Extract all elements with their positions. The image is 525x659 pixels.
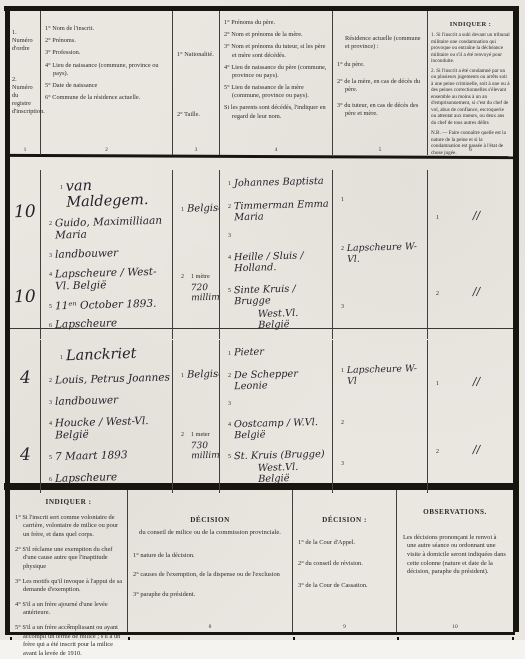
table-header-row: 1. Numéro d'ordre 2. Numéro du registre …: [10, 11, 513, 155]
item-number: 1: [57, 185, 63, 191]
observations-paragraph: Les décisions prononçant le renvoi à une…: [397, 534, 513, 577]
bottom-col-decision-cours: DÉCISION : 1° de la Cour d'Appel. 2° du …: [293, 490, 397, 632]
header-col-residence: Résidence actuelle (commune et province)…: [333, 11, 428, 155]
bottom-indiquer-item: 2° S'il réclame une exemption du chef d'…: [10, 546, 127, 572]
decision-conseil-item: 2° causes de l'exemption, de la dispense…: [128, 571, 292, 580]
column-footer-number: 6: [428, 147, 513, 154]
taille-unit: 1 mètre: [191, 273, 210, 280]
item-number: 4: [225, 255, 231, 261]
item-number: 2: [225, 204, 231, 210]
frame-right-bar: [513, 6, 519, 632]
header-order-number-label: 1. Numéro d'ordre: [12, 29, 38, 54]
item-number: 2: [433, 291, 439, 297]
row2-indiquer-cell: 1∕∕ 2∕∕: [428, 340, 513, 493]
inscrit-name: van Maldegem.: [65, 175, 170, 211]
residence-mother: Lapscheure W-Vl.: [347, 241, 426, 265]
column-footer-number: 1: [10, 147, 40, 154]
item-number: 2: [338, 246, 344, 252]
inscrit-prenoms: Guido, Maximilliaan Maria: [55, 215, 171, 242]
inscrit-birthplace: Houcke / West-Vl. België: [55, 415, 171, 442]
bottom-col-decision-conseil: DÉCISION du conseil de milice ou de la c…: [128, 490, 293, 632]
column-footer-number: 3: [173, 147, 219, 154]
main-table: 1. Numéro d'ordre 2. Numéro du registre …: [10, 11, 513, 493]
decision-conseil-item: 1° nature de la décision.: [128, 552, 292, 561]
inscrit-name: Lanckriet: [66, 346, 137, 364]
item-number: 1: [433, 215, 439, 221]
indiquer-mark: ∕∕: [442, 374, 511, 389]
column-footer-number: 10: [397, 624, 513, 631]
column-footer-number: 2: [41, 147, 172, 154]
decision-conseil-subtitle: du conseil de milice ou de la commission…: [128, 529, 292, 538]
bottom-indiquer-title: INDIQUER :: [10, 498, 127, 508]
indiquer-mark: ∕∕: [442, 442, 511, 457]
observations-title: OBSERVATIONS.: [397, 508, 513, 518]
inscrit-prenoms: Louis, Petrus Joannes: [55, 371, 170, 386]
item-number: 5: [225, 288, 231, 294]
header-indiquer-title: INDIQUER :: [431, 21, 510, 29]
inscrit-profession: landbouwer: [55, 247, 118, 261]
header-identity-item: 4° Lieu de naissance (commune, province …: [41, 62, 172, 78]
header-residence-intro: Résidence actuelle (commune et province)…: [333, 35, 427, 51]
row2-identity-cell: 1Lanckriet 2Louis, Petrus Joannes 3landb…: [41, 340, 173, 493]
item-number: 5: [46, 304, 52, 310]
header-parents-item: 1° Prénoms du père.: [220, 19, 332, 27]
item-number: 5: [46, 455, 52, 461]
header-col-indiquer: INDIQUER : 1. Si l'inscrit a subi devant…: [428, 11, 513, 155]
header-indiquer-para: 2. Si l'inscrit a été condamné par un ou…: [431, 68, 510, 127]
item-number: 2: [46, 378, 52, 384]
item-number: 1: [433, 381, 439, 387]
header-residence-item: 1° du père.: [333, 61, 427, 69]
item-number: 3: [225, 401, 231, 407]
item-number: 1: [338, 368, 344, 374]
register-number: 4: [19, 445, 30, 465]
item-number: 6: [46, 323, 52, 329]
item-number: 1: [225, 351, 231, 357]
header-parents-note: Si les parents sont décédés, l'indiquer …: [220, 104, 332, 120]
mother-name: Timmerman Emma Maria: [234, 198, 331, 223]
column-footer-number: 8: [128, 624, 292, 631]
row2-nationality-cell: 1Belgische 2 1 meter 730 millim.: [173, 340, 220, 493]
header-parents-item: 3° Nom et prénoms du tuteur, si les père…: [220, 43, 332, 59]
header-identity-item: 2° Prénoms.: [41, 37, 172, 45]
inscrit-birthdate: 7 Maart 1893: [55, 449, 128, 463]
inscrit-residence: Lapscheure: [55, 317, 117, 331]
residence-father: Lapscheure W-Vl: [347, 363, 426, 387]
taille-unit: 1 meter: [191, 431, 210, 438]
father-birthplace: Heille / Sluis / Holland.: [234, 250, 331, 275]
taille-value: 720 millim.: [191, 282, 220, 303]
item-number: 3: [338, 304, 344, 310]
header-nationality-label: 1° Nationalité.: [177, 51, 217, 59]
decision-cours-item: 2° du conseil de révision.: [293, 560, 396, 569]
father-birthplace: Oostcamp / W.Vl. België: [234, 417, 331, 442]
row1-identity-cell: 1van Maldegem. 2Guido, Maximilliaan Mari…: [41, 170, 173, 339]
father-prenoms: Johannes Baptista: [234, 176, 324, 189]
mother-birthplace-cont: West.Vl. België: [258, 307, 331, 331]
register-sheet: 1. Numéro d'ordre 2. Numéro du registre …: [0, 0, 525, 640]
inscrit-profession: landbouwer: [55, 394, 118, 408]
indiquer-mark: ∕∕: [442, 284, 511, 299]
row2-number-cell: 4 4: [10, 340, 41, 493]
item-number: 1: [225, 181, 231, 187]
item-number: 4: [225, 422, 231, 428]
table-row: 10 10 1van Maldegem. 2Guido, Maximilliaa…: [10, 170, 513, 339]
row1-number-cell: 10 10: [10, 170, 41, 339]
mother-birthplace-cont: West.Vl. België: [258, 461, 331, 485]
item-number: 2: [178, 432, 184, 438]
item-number: 4: [46, 272, 52, 278]
decision-conseil-title: DÉCISION: [128, 516, 292, 526]
column-footer-number: 7: [10, 624, 127, 631]
header-col-nationality: 1° Nationalité. 2° Taille. 3: [173, 11, 220, 155]
order-number: 4: [19, 368, 30, 388]
item-number: 3: [46, 400, 52, 406]
column-footer-number: 4: [220, 147, 332, 154]
item-number: 5: [225, 454, 231, 460]
decision-cours-item: 1° de la Cour d'Appel.: [293, 539, 396, 548]
nationality-value: Belgische: [187, 368, 220, 380]
item-number: 3: [338, 461, 344, 467]
row2-parents-cell: 1Pieter 2De Schepper Leonie 3 4Oostcamp …: [220, 340, 333, 493]
header-indiquer-para: 1. Si l'inscrit a subi devant un tribuna…: [431, 32, 510, 65]
item-number: 3: [46, 253, 52, 259]
header-col-identity: 1° Nom de l'inscrit. 2° Prénoms. 3° Prof…: [41, 11, 173, 155]
item-number: 2: [178, 274, 184, 280]
nationality-value: Belgische: [187, 202, 220, 214]
header-taille-label: 2° Taille.: [177, 111, 217, 119]
indiquer-mark: ∕∕: [442, 208, 511, 223]
column-footer-number: 5: [333, 147, 427, 154]
item-number: 1: [178, 373, 184, 379]
header-parents-item: 5° Lieu de naissance de la mère (commune…: [220, 84, 332, 100]
bottom-indiquer-item: 1° Si l'inscrit sert comme volontaire de…: [10, 514, 127, 540]
mother-birthplace: Sinte Kruis / Brugge: [234, 283, 331, 308]
row2-residence-cell: 1Lapscheure W-Vl 2 3: [333, 340, 428, 493]
bottom-col-indiquer: INDIQUER : 1° Si l'inscrit sert comme vo…: [10, 490, 128, 632]
header-register-number-label: 2. Numéro du registre d'inscription.: [12, 76, 38, 117]
taille-value: 730 millim.: [191, 440, 220, 461]
decision-cours-title: DÉCISION :: [293, 516, 396, 526]
bottom-col-observations: OBSERVATIONS. Les décisions prononçant l…: [397, 490, 513, 632]
header-identity-item: 6° Commune de la résidence actuelle.: [41, 94, 172, 102]
header-col-parents: 1° Prénoms du père. 2° Nom et prénoms de…: [220, 11, 333, 155]
row1-indiquer-cell: 1∕∕ 2∕∕: [428, 170, 513, 339]
inscrit-birthplace: Lapscheure / West-Vl. België: [55, 266, 171, 293]
item-number: 2: [338, 420, 344, 426]
header-col-numbers: 1. Numéro d'ordre 2. Numéro du registre …: [10, 11, 41, 155]
table-row: 4 4 1Lanckriet 2Louis, Petrus Joannes 3l…: [10, 340, 513, 493]
inscrit-residence: Lapscheure: [55, 471, 117, 485]
bottom-indiquer-item: 4° S'il a un frère ajourné d'une levée a…: [10, 601, 127, 618]
header-parents-item: 4° Lieu de naissance du père (commune, p…: [220, 64, 332, 80]
item-number: 2: [433, 449, 439, 455]
register-number: 10: [14, 286, 36, 307]
header-identity-item: 5° Date de naissance: [41, 82, 172, 90]
item-number: 1: [178, 207, 184, 213]
item-number: 6: [46, 477, 52, 483]
row1-nationality-cell: 1Belgische 2 1 mètre 720 millim.: [173, 170, 220, 339]
item-number: 3: [225, 233, 231, 239]
header-residence-item: 3° du tuteur, en cas de décès des père e…: [333, 102, 427, 118]
row1-residence-cell: 1 2Lapscheure W-Vl. 3: [333, 170, 428, 339]
bottom-indiquer-item: 3° Les motifs qu'il invoque à l'appui de…: [10, 578, 127, 595]
mother-name: De Schepper Leonie: [234, 367, 331, 392]
item-number: 1: [57, 355, 63, 361]
item-number: 2: [225, 373, 231, 379]
order-number: 10: [14, 202, 36, 223]
header-parents-item: 2° Nom et prénoms de la mère.: [220, 31, 332, 39]
father-prenoms: Pieter: [234, 347, 264, 359]
decision-conseil-item: 3° paraphe du président.: [128, 591, 292, 600]
item-number: 4: [46, 421, 52, 427]
bottom-section: INDIQUER : 1° Si l'inscrit sert comme vo…: [10, 490, 513, 632]
item-number: 1: [338, 197, 344, 203]
column-footer-number: 9: [293, 624, 396, 631]
header-residence-item: 2° de la mère, en cas de décès du père.: [333, 78, 427, 94]
header-identity-item: 1° Nom de l'inscrit.: [41, 25, 172, 33]
header-identity-item: 3° Profession.: [41, 49, 172, 57]
row1-parents-cell: 1Johannes Baptista 2Timmerman Emma Maria…: [220, 170, 333, 339]
item-number: 2: [46, 221, 52, 227]
decision-cours-item: 3° de la Cour de Cassation.: [293, 582, 396, 591]
inscrit-birthdate: 11ᵉⁿ October 1893.: [55, 297, 157, 312]
